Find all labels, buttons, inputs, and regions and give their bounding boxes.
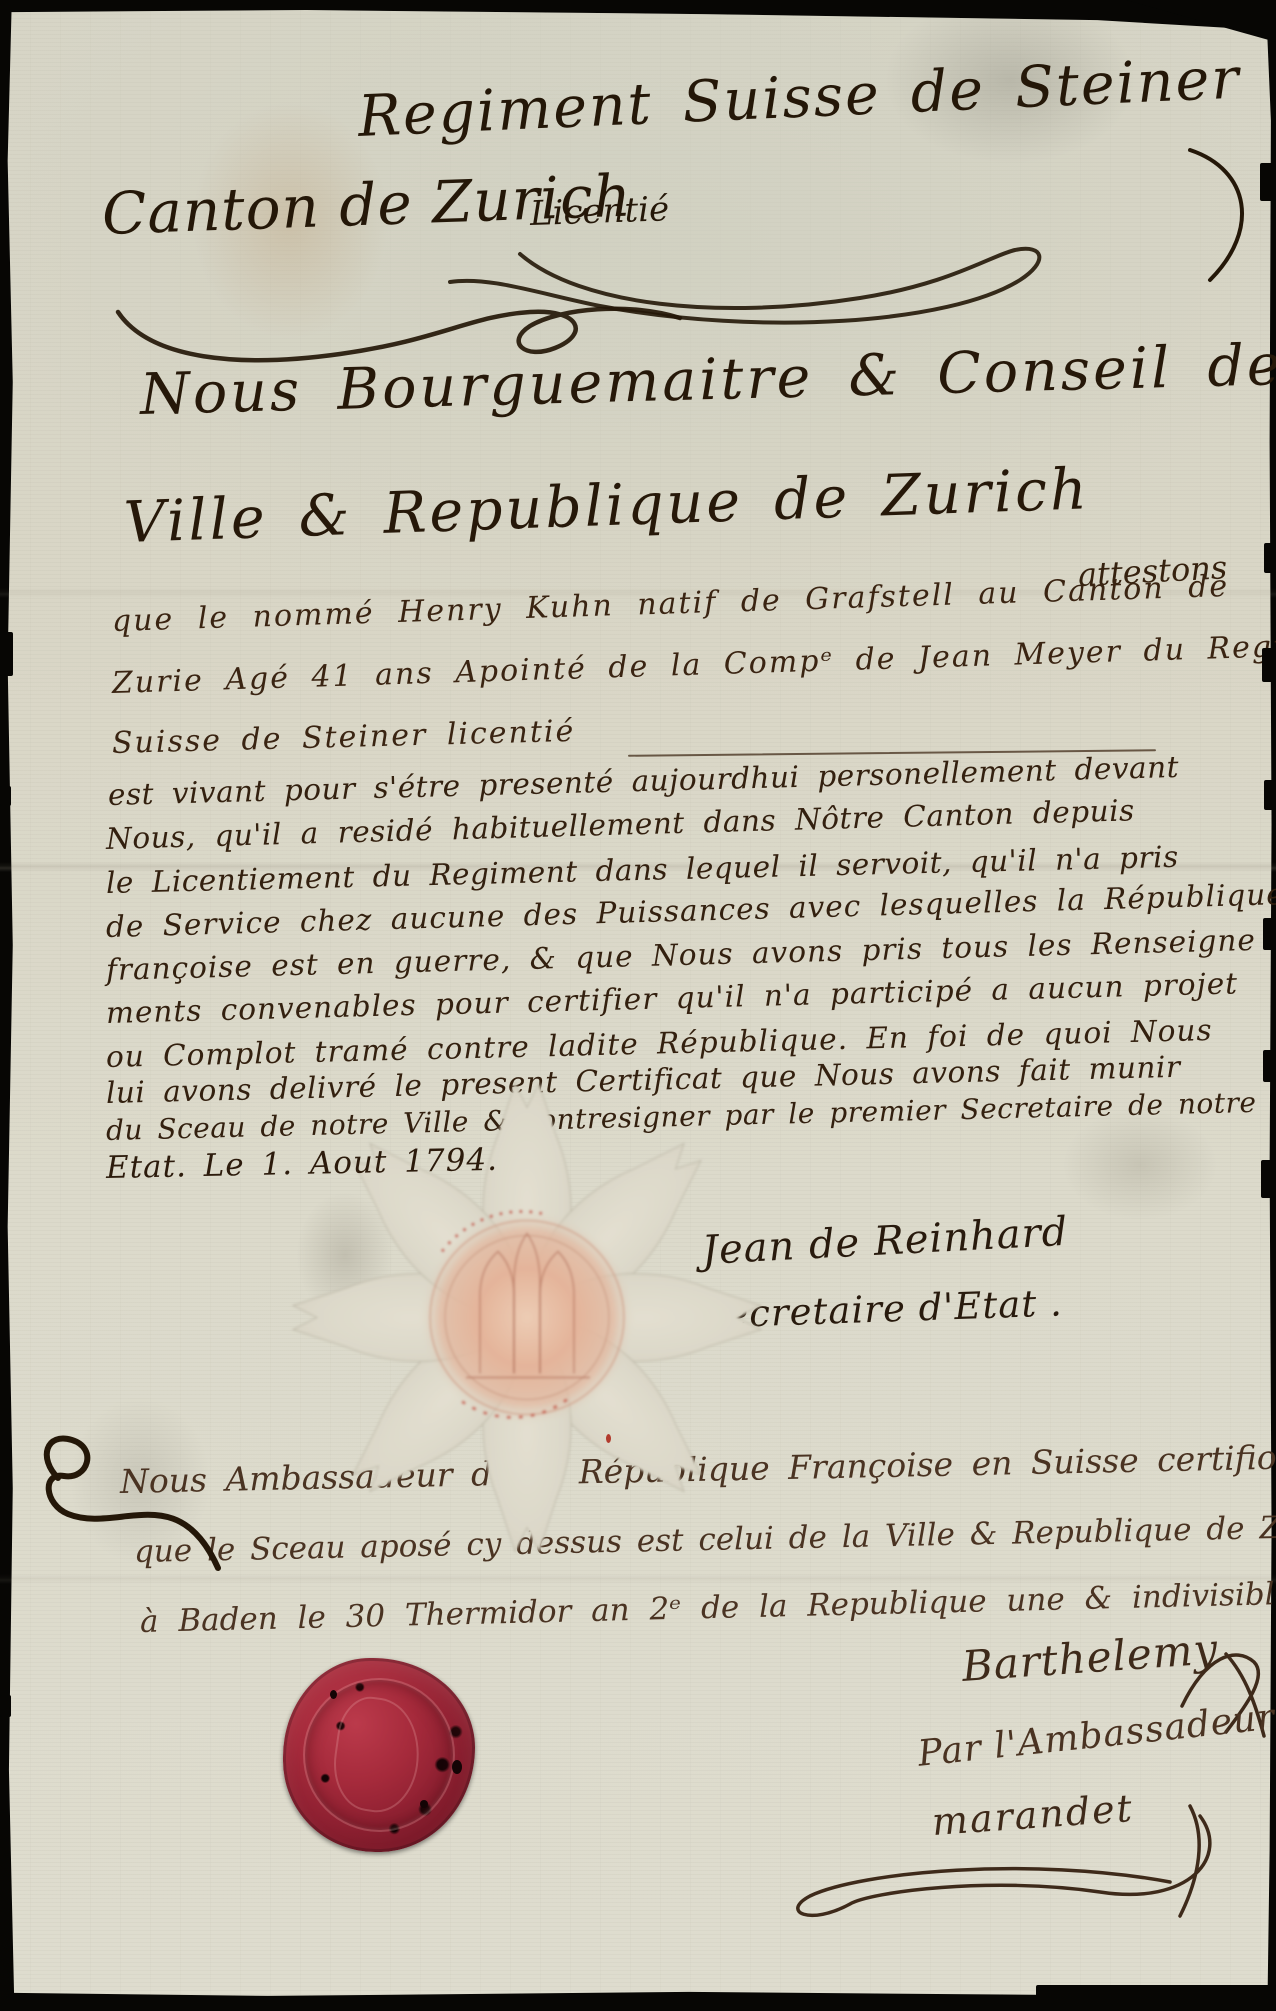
scan-edge-artifact bbox=[0, 1695, 11, 1717]
wax-speck bbox=[452, 1760, 462, 1774]
scan-edge-artifact bbox=[1264, 543, 1276, 573]
scan-edge-artifact bbox=[0, 786, 11, 806]
scan-edge-artifact bbox=[1261, 1160, 1276, 1198]
scanned-document: Regiment Suisse de Steiner Licentié Cant… bbox=[0, 0, 1276, 2011]
scan-edge-artifact bbox=[1260, 163, 1276, 201]
scan-edge-artifact bbox=[1036, 1985, 1276, 2011]
ambassador-initial-swash bbox=[28, 1418, 228, 1588]
wax-speck bbox=[330, 1690, 337, 1699]
scan-edge-artifact bbox=[1262, 648, 1276, 682]
scan-edge-artifact bbox=[0, 632, 13, 676]
scan-edge-artifact bbox=[1126, 0, 1276, 42]
title-end-flourish bbox=[1180, 140, 1270, 290]
embossed-paper-seal bbox=[242, 1042, 812, 1594]
wax-speck bbox=[420, 1800, 428, 1808]
scan-edge-artifact bbox=[1263, 1050, 1276, 1082]
scan-edge-artifact bbox=[1264, 780, 1276, 810]
secretary-signature-flourish bbox=[770, 1796, 1240, 1946]
red-ink-speck bbox=[606, 1434, 611, 1443]
scan-edge-artifact bbox=[1263, 918, 1276, 950]
